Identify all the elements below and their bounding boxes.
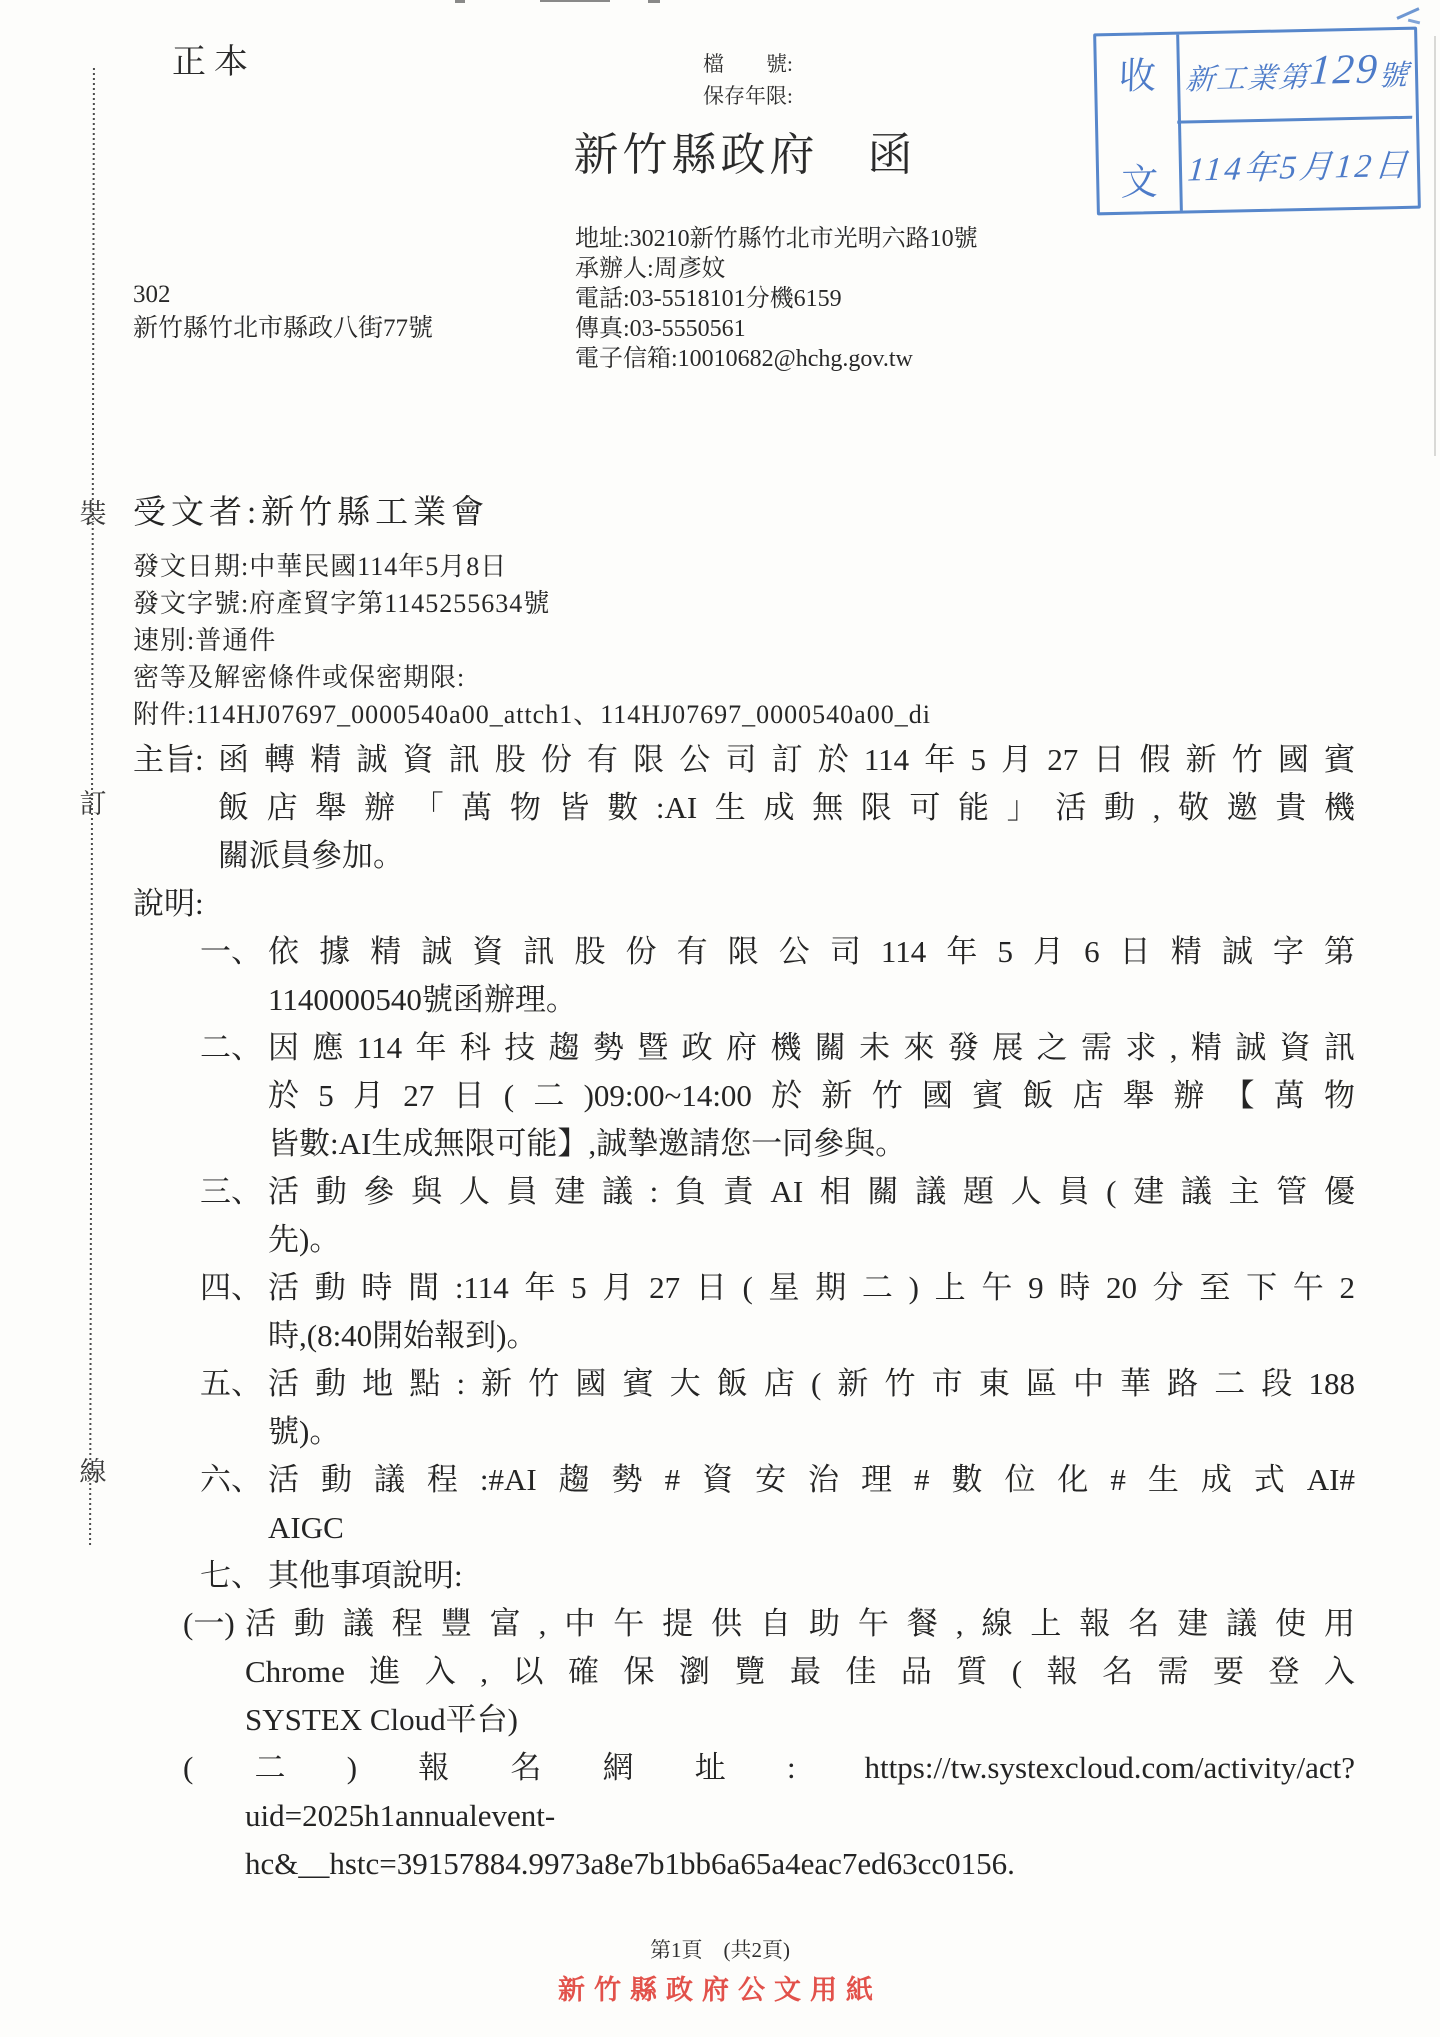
item-line: 活動議程豐富,中午提供自助午餐,線上報名建議使用 [133, 1600, 1355, 1648]
dispatch-number: 發文字號:府產貿字第1145255634號 [133, 585, 931, 622]
item-1: 一、 依據精誠資訊股份有限公司114年5月6日精誠字第 1140000540號函… [133, 928, 1355, 1024]
recipient-line: 受文者:新竹縣工業會 [133, 486, 489, 533]
sender-fax: 傳真:03-5550561 [575, 314, 978, 344]
item-7-2: (二)報名網址: https://tw.systexcloud.com/acti… [133, 1744, 1355, 1888]
page-number: 第1頁 (共2頁) [0, 1934, 1440, 1964]
binding-char-ding: 訂 [78, 782, 108, 821]
stamp-document-number: 新工業第129號 [1177, 30, 1418, 124]
item-line: 其他事項說明: [133, 1552, 1355, 1600]
binding-char-zhuang: 裝 [78, 492, 108, 531]
item-3: 三、 活動參與人員建議:負責AI相關議題人員(建議主管優 先)。 [133, 1168, 1355, 1264]
dispatch-speed: 速別:普通件 [133, 622, 931, 659]
dispatch-attachments: 附件:114HJ07697_0000540a00_attch1、114HJ076… [133, 696, 931, 733]
item-label: 四、 [200, 1264, 262, 1312]
item-line: 活動地點:新竹國賓大飯店(新竹市東區中華路二段188 [133, 1360, 1355, 1408]
file-number-block: 檔 號: 保存年限: [703, 48, 793, 112]
item-5: 五、 活動地點:新竹國賓大飯店(新竹市東區中華路二段188 號)。 [133, 1360, 1355, 1456]
sender-phone: 電話:03-5518101分機6159 [575, 284, 978, 314]
sender-address: 地址:30210新竹縣竹北市光明六路10號 [575, 224, 978, 254]
item-7: 七、 其他事項說明: [133, 1552, 1355, 1600]
item-label: 二、 [200, 1024, 262, 1072]
dispatch-date: 發文日期:中華民國114年5月8日 [133, 548, 931, 585]
item-line: 時,(8:40開始報到)。 [133, 1312, 1355, 1360]
item-label: (一) [183, 1600, 235, 1648]
stamp-number-suffix: 號 [1377, 52, 1411, 94]
description-header: 說明: [133, 880, 1355, 928]
scan-edge-line [1434, 36, 1436, 456]
subject-label: 主旨: [133, 736, 204, 784]
file-number-label: 檔 號: [703, 48, 793, 80]
sender-email: 電子信箱:10010682@hchg.gov.tw [575, 344, 978, 374]
item-line-registration-url: hc&__hstc=39157884.9973a8e7b1bb6a65a4eac… [133, 1840, 1355, 1888]
item-line: 活動時間:114年5月27日(星期二)上午9時20分至下午2 [133, 1264, 1355, 1312]
scan-artifact [648, 0, 660, 3]
item-line: 依據精誠資訊股份有限公司114年5月6日精誠字第 [133, 928, 1355, 976]
item-line: SYSTEX Cloud平台) [133, 1696, 1355, 1744]
dispatch-secrecy: 密等及解密條件或保密期限: [133, 659, 931, 696]
subject-line: 函轉精誠資訊股份有限公司訂於114年5月27日假新竹國賓 [133, 736, 1355, 784]
stamp-fields: 新工業第129號 114年5月12日 [1179, 30, 1418, 211]
item-label: 一、 [200, 928, 262, 976]
subject-line: 關派員參加。 [133, 832, 1355, 880]
stamp-number-value: 129 [1309, 48, 1381, 92]
item-line-registration-url: uid=2025h1annualevent- [133, 1792, 1355, 1840]
item-line: 於5月27日(二)09:00~14:00於新竹國賓飯店舉辦【萬物 [133, 1072, 1355, 1120]
item-line: Chrome進入,以確保瀏覽最佳品質(報名需要登入 [133, 1648, 1355, 1696]
scan-artifact [455, 0, 465, 3]
item-line-registration-url: (二)報名網址: https://tw.systexcloud.com/acti… [133, 1744, 1355, 1792]
stamp-number-prefix: 新工業第 [1184, 54, 1311, 98]
item-line: 活動議程:#AI趨勢#資安治理#數位化#生成式AI# [133, 1456, 1355, 1504]
retention-period-label: 保存年限: [703, 80, 793, 112]
official-letter-page: 裝 訂 線 正本 檔 號: 保存年限: 新竹縣政府 函 收 文 新工業第129號… [0, 0, 1440, 2037]
official-paper-name: 新竹縣政府公文用紙 [0, 1968, 1440, 2007]
stamp-date: 114年5月12日 [1178, 119, 1420, 211]
item-line: 活動參與人員建議:負責AI相關議題人員(建議主管優 [133, 1168, 1355, 1216]
item-line: 因應114年科技趨勢暨政府機關未來發展之需求,精誠資訊 [133, 1024, 1355, 1072]
item-2: 二、 因應114年科技趨勢暨政府機關未來發展之需求,精誠資訊 於5月27日(二)… [133, 1024, 1355, 1168]
item-line: 皆數:AI生成無限可能】,誠摯邀請您一同參與。 [133, 1120, 1355, 1168]
stamp-char-wen: 文 [1120, 151, 1159, 206]
item-line: 1140000540號函辦理。 [133, 976, 1355, 1024]
letter-body: 主旨: 函轉精誠資訊股份有限公司訂於114年5月27日假新竹國賓 飯店舉辦「萬物… [133, 736, 1355, 1888]
item-line: 先)。 [133, 1216, 1355, 1264]
recipient-street-address: 新竹縣竹北市縣政八街77號 [133, 312, 433, 346]
recipient-zip-code: 302 [133, 278, 433, 312]
item-label: 三、 [200, 1168, 262, 1216]
item-line: 號)。 [133, 1408, 1355, 1456]
sender-contact-block: 地址:30210新竹縣竹北市光明六路10號 承辦人:周彥妏 電話:03-5518… [575, 224, 978, 374]
item-line: AIGC [133, 1504, 1355, 1552]
recipient-postal-block: 302 新竹縣竹北市縣政八街77號 [133, 278, 433, 346]
receipt-stamp: 收 文 新工業第129號 114年5月12日 [1093, 27, 1421, 216]
item-4: 四、 活動時間:114年5月27日(星期二)上午9時20分至下午2 時,(8:4… [133, 1264, 1355, 1360]
item-label: 七、 [200, 1552, 262, 1600]
item-label: 五、 [200, 1360, 262, 1408]
description-label: 說明: [133, 880, 1355, 928]
copy-type-label: 正本 [172, 34, 256, 83]
scan-artifact [540, 0, 610, 2]
dispatch-meta-block: 發文日期:中華民國114年5月8日 發文字號:府產貿字第1145255634號 … [133, 548, 931, 733]
item-label: 六、 [200, 1456, 262, 1504]
stamp-pen-mark [1408, 19, 1420, 25]
subject-line: 飯店舉辦「萬物皆數:AI生成無限可能」活動,敬邀貴機 [133, 784, 1355, 832]
stamp-char-shou: 收 [1118, 45, 1157, 100]
sender-contact-person: 承辦人:周彥妏 [575, 254, 978, 284]
stamp-received-column: 收 文 [1096, 35, 1183, 213]
item-7-1: (一) 活動議程豐富,中午提供自助午餐,線上報名建議使用 Chrome進入,以確… [133, 1600, 1355, 1744]
item-6: 六、 活動議程:#AI趨勢#資安治理#數位化#生成式AI# AIGC [133, 1456, 1355, 1552]
binding-char-xian: 線 [78, 1450, 108, 1489]
subject-block: 主旨: 函轉精誠資訊股份有限公司訂於114年5月27日假新竹國賓 飯店舉辦「萬物… [133, 736, 1355, 880]
